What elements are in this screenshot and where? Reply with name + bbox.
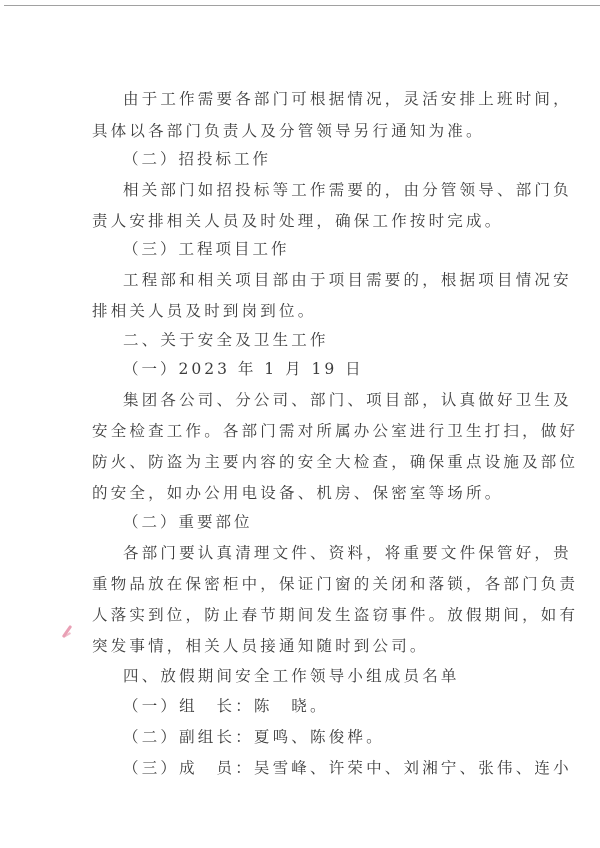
text-line: 由于工作需要各部门可根据情况，灵活安排上班时间， <box>123 89 563 109</box>
section-heading: （一）2023 年 1 月 19 日 <box>123 359 563 379</box>
text-line: 突发事情，相关人员接通知随时到公司。 <box>92 636 532 656</box>
document-page: 由于工作需要各部门可根据情况，灵活安排上班时间， 具体以各部门负责人及分管领导另… <box>0 0 600 848</box>
text-line: 责人安排相关人员及时处理，确保工作按时完成。 <box>92 211 532 231</box>
text-line: 各部门要认真清理文件、资料，将重要文件保管好，贵 <box>123 543 563 563</box>
chapter-heading: 四、放假期间安全工作领导小组成员名单 <box>123 666 563 686</box>
chapter-heading: 二、关于安全及卫生工作 <box>123 330 563 350</box>
member-line: （三）成 员：吴雪峰、许荣中、刘湘宁、张伟、连小 <box>123 758 563 778</box>
text-line: 安全检查工作。各部门需对所属办公室进行卫生打扫，做好 <box>92 421 532 441</box>
member-line: （一）组 长：陈 晓。 <box>123 696 563 716</box>
section-heading: （二）招投标工作 <box>123 149 563 169</box>
member-line: （二）副组长：夏鸣、陈俊桦。 <box>123 727 563 747</box>
section-heading: （三）工程项目工作 <box>123 239 563 259</box>
text-line: 重物品放在保密柜中，保证门窗的关闭和落锁，各部门负责 <box>92 574 532 594</box>
text-line: 集团各公司、分公司、部门、项目部，认真做好卫生及 <box>123 390 563 410</box>
text-line: 防火、防盗为主要内容的安全大检查，确保重点设施及部位 <box>92 452 532 472</box>
text-line: 的安全，如办公用电设备、机房、保密室等场所。 <box>92 483 532 503</box>
text-line: 相关部门如招投标等工作需要的，由分管领导、部门负 <box>123 180 563 200</box>
text-line: 人落实到位，防止春节期间发生盗窃事件。放假期间，如有 <box>92 605 532 625</box>
text-line: 工程部和相关项目部由于项目需要的，根据项目情况安 <box>123 270 563 290</box>
text-line: 具体以各部门负责人及分管领导另行通知为准。 <box>92 121 532 141</box>
section-heading: （二）重要部位 <box>123 512 563 532</box>
text-line: 排相关人员及时到岗到位。 <box>92 301 532 321</box>
